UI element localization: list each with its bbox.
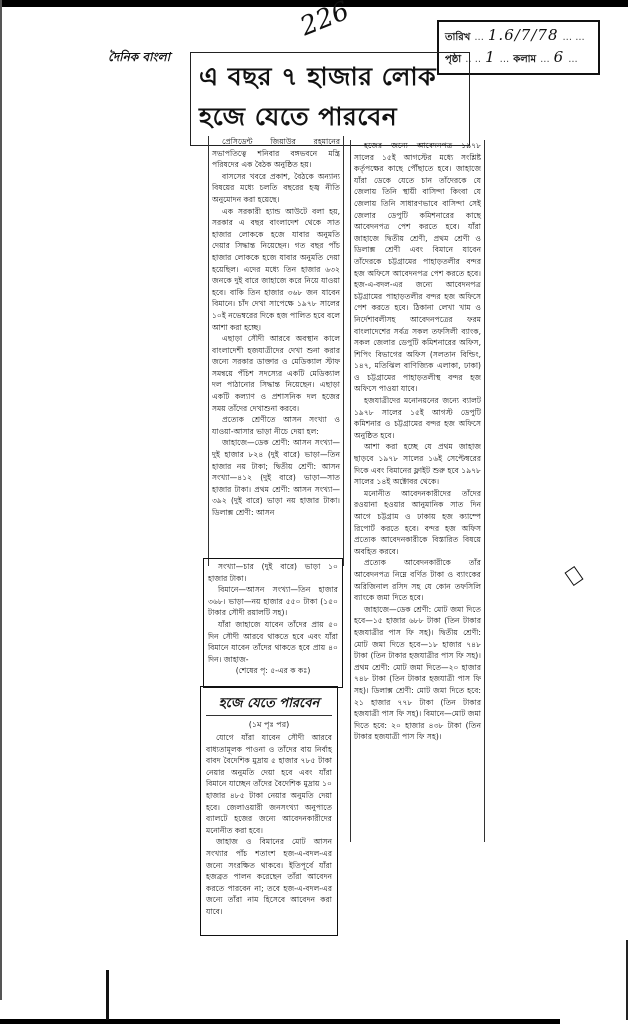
continued-note: (শেষের পৃ: ৫-এর ক কঃ) — [208, 665, 338, 677]
headline-line-2: হজে যেতে পারবেন — [199, 97, 461, 137]
paragraph: এক সরকারী হ্যান্ড আউটে বলা হয়, সরকার এ … — [212, 206, 340, 334]
scan-bottom-border — [0, 1019, 560, 1024]
article-continuation: হজে যেতে পারবেন (১ম পৃঃ পর) যোগে যাঁরা য… — [200, 686, 338, 936]
stamp-date-row: তারিখ ... 1.6/7/78 ... ... — [445, 26, 592, 48]
headline: এ বছর ৭ হাজার লোক হজে যেতে পারবেন — [190, 52, 470, 146]
stamp-column-label: কলাম — [513, 52, 536, 69]
paragraph: সংখ্যা—চার (দুই বারে) ভাড়া ১০ হাজার টাক… — [208, 561, 338, 584]
paperclip-mark-icon — [564, 566, 583, 586]
stamp-page-value: 1 — [485, 48, 496, 66]
continuation-ref: (১ম পৃঃ পর) — [206, 718, 332, 732]
paragraph: যাঁরা জাহাজে যাবেন তাঁদের প্রায় ৫০ দিন … — [208, 619, 338, 665]
scan-left-edge — [0, 0, 2, 1000]
paragraph: এছাড়া সৌদী আরবে অবস্থান কালে বাংলাদেশী … — [212, 333, 340, 414]
paper-crease — [106, 970, 109, 1020]
stamp-column-value: 6 — [554, 48, 565, 66]
paragraph: প্রত্যেক শ্রেণীতে আসন সংখ্যা ও যাওয়া-আস… — [212, 414, 340, 437]
article-right-column: হজের জন্যে আবেদনপত্র ১৯৭৮ সালের ১৫ই আগস্… — [350, 140, 485, 842]
paragraph: জাহাজ ও বিমানের মোট আসন সংখ্যার পাঁচ শতা… — [206, 836, 332, 917]
article-left-column: প্রেসিডেন্ট জিয়াউর রহমানের সভাপতিত্বে শ… — [208, 136, 344, 566]
paragraph: হজযাত্রীদের মনোনয়নের জন্যে ব্যালট ১৯৭৮ … — [354, 395, 481, 441]
paragraph: আশা করা হচ্ছে যে প্রথম জাহাজ ছাড়বে ১৯৭৮… — [354, 441, 481, 487]
stamp-date-label: তারিখ — [445, 30, 470, 47]
paragraph: প্রেসিডেন্ট জিয়াউর রহমানের সভাপতিত্বে শ… — [212, 136, 340, 171]
paragraph: প্রত্যেক আবেদনকারীকে তাঁর আবেদনপত্র নিম্… — [354, 557, 481, 603]
article-left-box: সংখ্যা—চার (দুই বারে) ভাড়া ১০ হাজার টাক… — [203, 558, 343, 688]
paragraph: জাহাজে—ডেক শ্রেণী: মোট জমা দিতে হবে—১৫ হ… — [354, 604, 481, 743]
paragraph: বাসসের খবরে প্রকাশ, বৈঠকে অন্যান্য বিষয়… — [212, 171, 340, 206]
paragraph: বিমানে—আসন সংখ্যা—তিন হাজার ৩৬৮। ভাড়া—ন… — [208, 584, 338, 619]
stamp-date-value: 1.6/7/78 — [488, 26, 559, 44]
paragraph: মনোনীত আবেদনকারীদের তাঁদের রওয়ানা হওয়া… — [354, 488, 481, 558]
continuation-title: হজে যেতে পারবেন — [206, 693, 332, 716]
paragraph: জাহাজে—ডেক শ্রেণী: আসন সংখ্যা—দুই হাজার … — [212, 437, 340, 518]
paragraph: যোগে যাঁরা যাবেন সৌদী আরবে বাধ্যতামূলক প… — [206, 732, 332, 836]
paragraph: হজের জন্যে আবেদনপত্র ১৯৭৮ সালের ১৫ই আগস্… — [354, 140, 481, 395]
headline-line-1: এ বছর ৭ হাজার লোক — [199, 57, 461, 97]
newspaper-name: দৈনিক বাংলা — [108, 49, 170, 69]
